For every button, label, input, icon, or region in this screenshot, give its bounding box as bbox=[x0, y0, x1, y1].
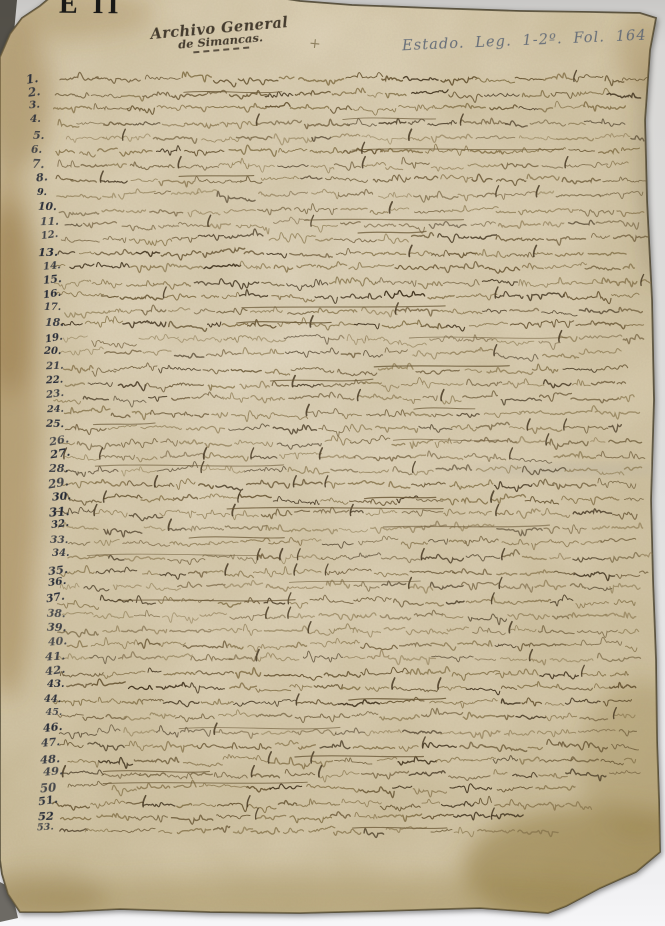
paper-aging bbox=[0, 0, 665, 926]
parchment-page bbox=[0, 0, 665, 926]
manuscript-photo: E II Archivo General de Simancas. Estado… bbox=[0, 0, 665, 926]
